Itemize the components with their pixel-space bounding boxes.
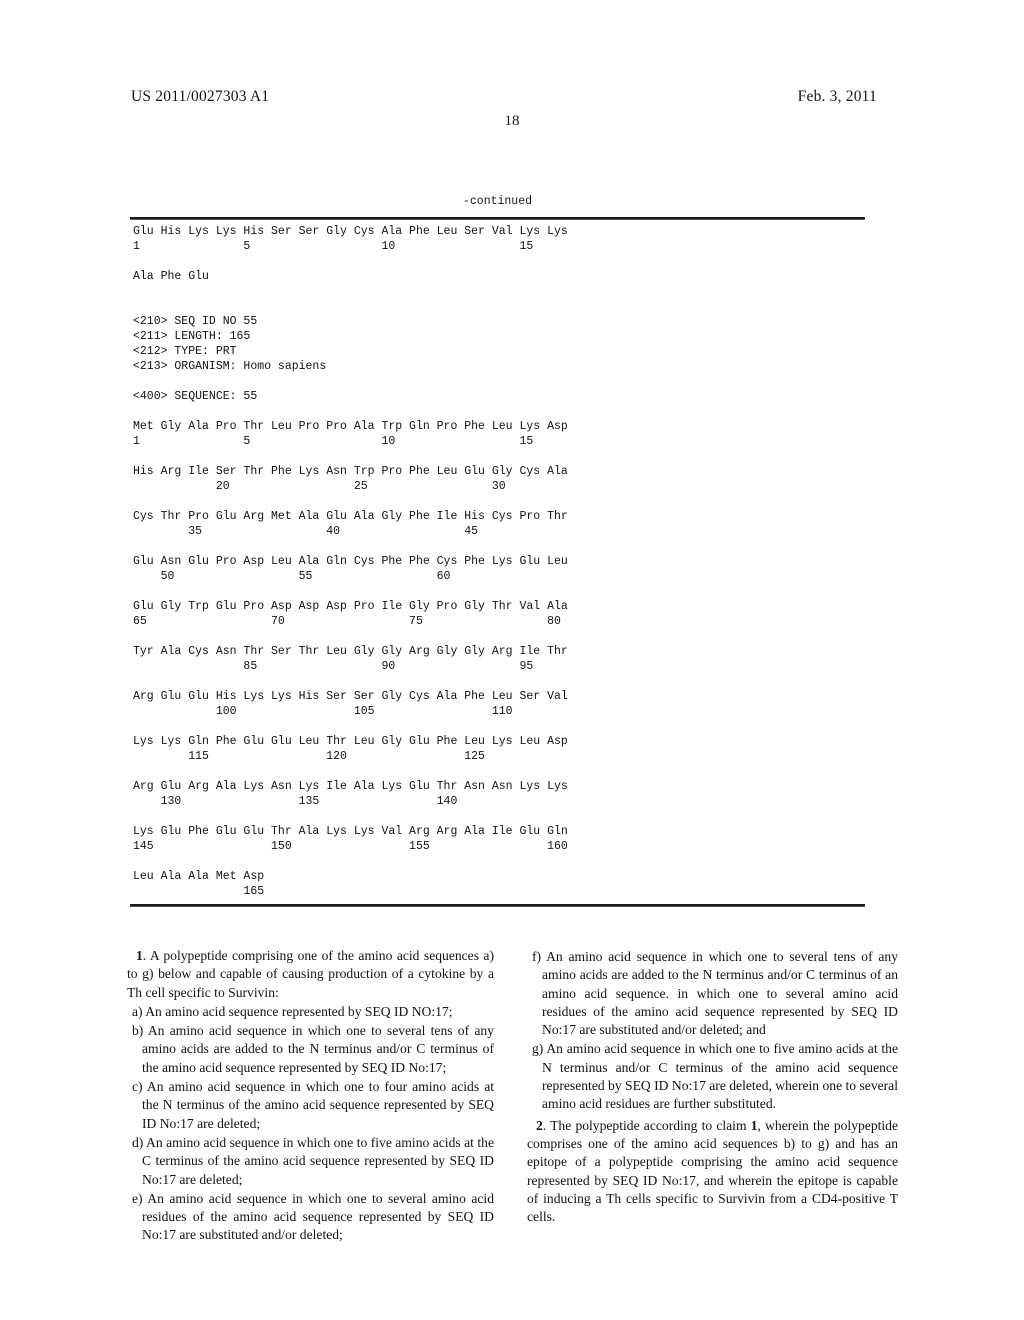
page-number: 18 — [0, 113, 1024, 130]
claim-1-number: 1 — [136, 948, 143, 963]
claim-item-text: An amino acid sequence in which one to s… — [142, 1023, 494, 1075]
claim-item-f: f) An amino acid sequence in which one t… — [527, 948, 898, 1039]
claim-1-items-a-e: a) An amino acid sequence represented by… — [127, 1003, 494, 1245]
horizontal-rule-top — [130, 217, 865, 220]
patent-number: US 2011/0027303 A1 — [131, 88, 269, 106]
claim-2: 2. The polypeptide according to claim 1,… — [527, 1117, 898, 1227]
claim-item-b: b) An amino acid sequence in which one t… — [127, 1022, 494, 1077]
claim-item-d: d) An amino acid sequence in which one t… — [127, 1134, 494, 1189]
claim-item-label: a) — [132, 1004, 143, 1019]
claim-item-g: g) An amino acid sequence in which one t… — [527, 1040, 898, 1113]
claim-item-a: a) An amino acid sequence represented by… — [127, 1003, 494, 1021]
claim-item-label: e) — [132, 1191, 143, 1206]
claim-1: 1. A polypeptide comprising one of the a… — [127, 947, 494, 1002]
claims-left-column: 1. A polypeptide comprising one of the a… — [127, 947, 494, 1245]
claim-item-text: An amino acid sequence in which one to f… — [142, 1135, 494, 1187]
claim-item-label: d) — [132, 1135, 143, 1150]
claim-2-number: 2 — [536, 1118, 543, 1133]
claim-item-text: An amino acid sequence represented by SE… — [145, 1004, 452, 1019]
claim-item-label: f) — [532, 949, 541, 964]
claim-item-label: b) — [132, 1023, 143, 1038]
claims-right-column: f) An amino acid sequence in which one t… — [527, 947, 898, 1226]
claim-2-text-before-ref: . The polypeptide according to claim — [543, 1118, 751, 1133]
claim-item-c: c) An amino acid sequence in which one t… — [127, 1078, 494, 1133]
claim-2-claim-ref: 1 — [751, 1118, 758, 1133]
claim-item-text: An amino acid sequence in which one to s… — [142, 1191, 494, 1243]
claim-item-text: An amino acid sequence in which one to f… — [142, 1079, 494, 1131]
horizontal-rule-bottom — [130, 904, 865, 907]
claim-item-label: g) — [532, 1041, 543, 1056]
claim-item-text: An amino acid sequence in which one to s… — [542, 949, 898, 1037]
patent-page: US 2011/0027303 A1 Feb. 3, 2011 18 -cont… — [0, 0, 1024, 1320]
claim-item-e: e) An amino acid sequence in which one t… — [127, 1190, 494, 1245]
claim-item-text: An amino acid sequence in which one to f… — [542, 1041, 898, 1111]
claim-2-text-after-ref: , wherein the polypeptide comprises one … — [527, 1118, 898, 1224]
publication-date: Feb. 3, 2011 — [798, 88, 877, 106]
claim-1-intro-text: . A polypeptide comprising one of the am… — [127, 948, 494, 1000]
claim-item-label: c) — [132, 1079, 143, 1094]
continued-label: -continued — [130, 195, 865, 208]
claim-1-items-f-g: f) An amino acid sequence in which one t… — [527, 948, 898, 1114]
sequence-listing: Glu His Lys Lys His Ser Ser Gly Cys Ala … — [133, 224, 568, 899]
